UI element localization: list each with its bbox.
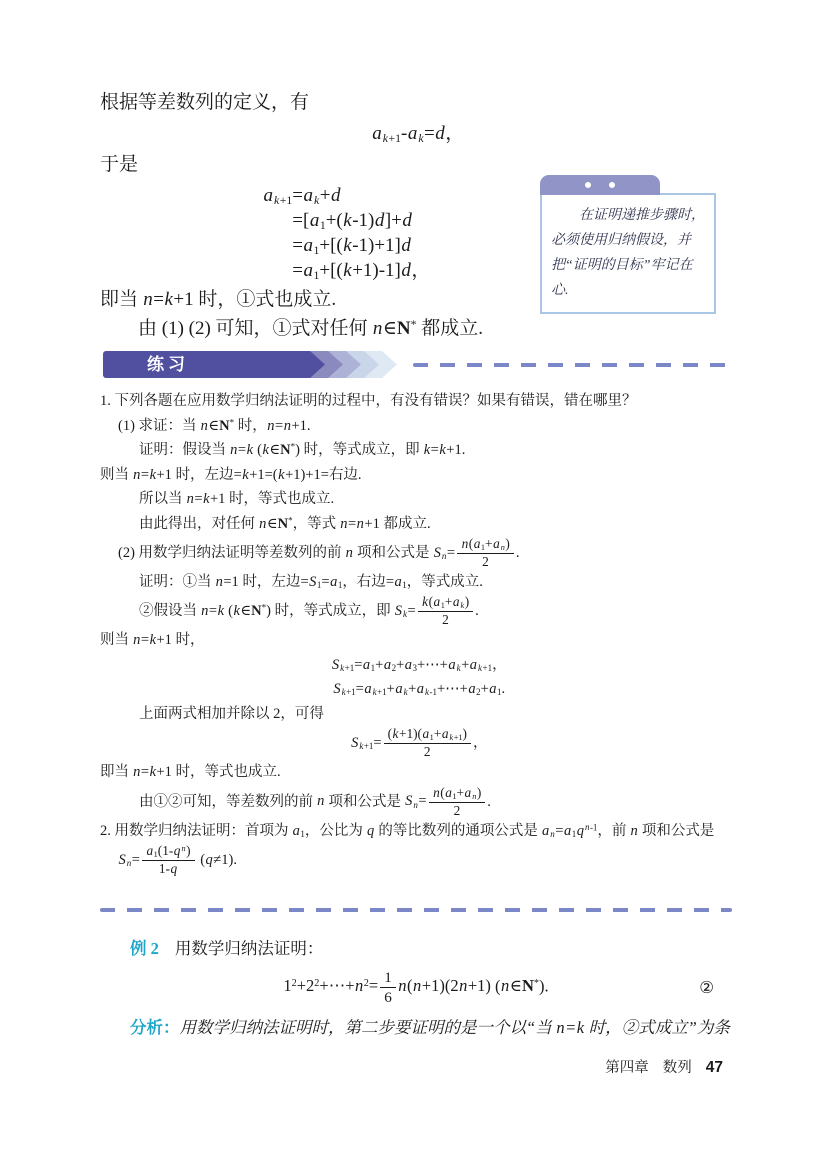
practice-line: 由①②可知，等差数列的前 n 项和公式是 Sn=n(a1+an)2. <box>139 786 738 819</box>
practice-line: 由此得出，对任何 n∈N*，等式 n=n+1 都成立. <box>139 513 738 537</box>
practice-line: 所以当 n=k+1 时，等式也成立. <box>139 488 738 512</box>
practice-line: 2. 用数学归纳法证明：首项为 a1，公比为 q 的等比数列的通项公式是 an=… <box>100 820 738 844</box>
dashed-separator <box>100 908 732 912</box>
example-header: 例 2用数学归纳法证明： <box>130 936 732 962</box>
analysis-text: 用数学归纳法证明时，第二步要证明的是一个以“当 n=k 时，②式成立”为条 <box>180 1018 730 1037</box>
example-equation: 12+22+⋯+n2=16n(n+1)(2n+1) (n∈N*). <box>283 976 548 995</box>
dashed-divider <box>413 363 732 367</box>
example-label: 例 2 <box>130 939 159 958</box>
tab-dot-icon <box>585 182 591 188</box>
page-number: 47 <box>706 1059 723 1077</box>
equation-tag: ② <box>699 973 714 1003</box>
intro-conclusion-2: 由 (1) (2) 可知，①式对任何 n∈N* 都成立. <box>100 314 736 343</box>
page-footer: 第四章 数列 47 <box>605 1056 723 1077</box>
derivation-row: =[a1+(k-1)d]+d <box>292 208 430 233</box>
practice-line: 上面两式相加并除以 2，可得 <box>139 703 738 727</box>
banner-chevrons-icon <box>325 351 397 378</box>
practice-line: 则当 n=k+1 时， <box>100 629 738 653</box>
analysis-paragraph: 分析：用数学归纳法证明时，第二步要证明的是一个以“当 n=k 时，②式成立”为条 <box>130 1015 732 1041</box>
derivation-lhs: ak+1 <box>263 183 292 208</box>
footer-section: 数列 <box>663 1056 692 1077</box>
practice-line: (1) 求证：当 n∈N* 时，n=n+1. <box>118 415 738 439</box>
practice-line: ②假设当 n=k (k∈N*) 时，等式成立，即 Sk=k(a1+ak)2. <box>139 595 738 628</box>
intro-line-1: 根据等差数列的定义，有 <box>100 88 736 117</box>
example-section: 例 2用数学归纳法证明： 12+22+⋯+n2=16n(n+1)(2n+1) (… <box>100 936 732 1041</box>
example-equation-row: 12+22+⋯+n2=16n(n+1)(2n+1) (n∈N*). ② <box>100 969 732 1006</box>
footer-chapter: 第四章 <box>605 1056 649 1077</box>
practice-lines: 1. 下列各题在应用数学归纳法证明的过程中，有没有错误？如果有错误，错在哪里？(… <box>100 389 738 878</box>
margin-note: 在证明递推步骤时，必须使用归纳假设，并把“证明的目标”牢记在心. <box>540 193 716 314</box>
practice-line: 证明：假设当 n=k (k∈N*) 时，等式成立，即 k=k+1. <box>139 439 738 463</box>
equation-difference-definition: ak+1-ak=d， <box>100 119 736 148</box>
practice-label: 练习 <box>103 351 325 378</box>
practice-banner: 练习 <box>103 351 732 378</box>
derivation-rows: =ak+d=[a1+(k-1)d]+d=a1+[(k-1)+1]d=a1+[(k… <box>292 183 430 283</box>
practice-line: Sk+1=(k+1)(a1+ak+1)2， <box>100 727 738 760</box>
practice-line: 1. 下列各题在应用数学归纳法证明的过程中，有没有错误？如果有错误，错在哪里？ <box>100 390 738 414</box>
practice-line: 即当 n=k+1 时，等式也成立. <box>100 761 738 785</box>
practice-line: (2) 用数学归纳法证明等差数列的前 n 项和公式是 Sn=n(a1+an)2. <box>118 537 738 570</box>
textbook-page: 根据等差数列的定义，有 ak+1-ak=d， 于是 ak+1 =ak+d=[a1… <box>0 0 824 1152</box>
derivation-row: =a1+[(k-1)+1]d <box>292 233 430 258</box>
practice-line: 证明：①当 n=1 时，左边=S1=a1，右边=a1，等式成立. <box>139 571 738 595</box>
practice-line: Sk+1=ak+1+ak+ak-1+⋯+a2+a1. <box>100 678 738 702</box>
practice-line: Sk+1=a1+a2+a3+⋯+ak+ak+1， <box>100 654 738 678</box>
derivation-row: =a1+[(k+1)-1]d， <box>292 258 430 283</box>
analysis-label: 分析： <box>130 1018 180 1037</box>
derivation-row: =ak+d <box>292 183 430 208</box>
note-tab-icon <box>540 175 660 195</box>
example-title: 用数学归纳法证明： <box>175 939 324 958</box>
note-text: 在证明递推步骤时，必须使用归纳假设，并把“证明的目标”牢记在心. <box>542 195 714 312</box>
tab-dot-icon <box>609 182 615 188</box>
practice-line: Sn=a1(1-qn)1-q (q≠1). <box>118 844 738 877</box>
practice-line: 则当 n=k+1 时，左边=k+1=(k+1)+1=右边. <box>100 464 738 488</box>
